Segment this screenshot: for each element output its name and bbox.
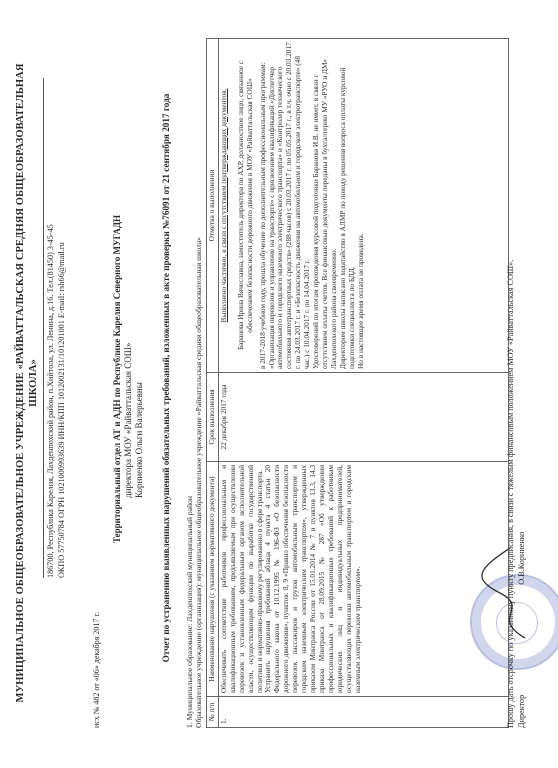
violation-text-1: Обеспечивать соответствие работников про…	[220, 465, 265, 693]
col-violation: Наименование нарушения (с указанием норм…	[207, 462, 219, 697]
institution: Образовательное учреждение (организация)…	[194, 237, 203, 728]
recipient-block: Территориальный отдел АТ и АДН по Респуб…	[112, 63, 145, 543]
org-name: МУНИЦИПАЛЬНОЕ ОБЩЕОБРАЗОВАТЕЛЬНОЕ УЧРЕЖД…	[14, 38, 40, 728]
status-payment: Но в настоящее время оплата не проведена…	[357, 42, 366, 369]
violation-text-2: Устранить нарушения требований абзаца 4 …	[264, 465, 362, 693]
director-name: О.В.Корниенко	[517, 532, 528, 585]
status-petition: Директором школы написано ходатайство в …	[339, 42, 357, 369]
col-deadline: Срок выполнения	[207, 373, 219, 462]
org-name-line2: ШКОЛА»	[27, 38, 40, 728]
deadline-cell: 22 декабря 2017 года	[218, 373, 508, 462]
outgoing-number: исх № 482 от «06» декабря 2017 г.	[92, 612, 101, 728]
status-headline: Выполнено частично, в связи с отсутствие…	[220, 42, 229, 369]
status-certificates: Удостоверений по итогам прохождения курс…	[312, 42, 339, 369]
sender-name: Корниенко Ольги Валерьевны	[134, 63, 145, 543]
signature	[470, 538, 540, 648]
org-address: 186700, Республика Карелия, Лахденпохски…	[46, 38, 57, 578]
letterhead-divider	[43, 78, 44, 578]
status-training: в 2017-2018 учебном году, прошла обучени…	[259, 42, 312, 369]
col-status: Отметка о выполнении	[207, 39, 219, 373]
row-number: 1.	[218, 697, 508, 728]
report-title: Отчет по устранению выявленных нарушений…	[161, 28, 171, 728]
document-page: МУНИЦИПАЛЬНОЕ ОБЩЕОБРАЗОВАТЕЛЬНОЕ УЧРЕЖД…	[0, 0, 558, 768]
table-header-row: № п/п Наименование нарушения (с указание…	[207, 39, 219, 728]
violations-table: № п/п Наименование нарушения (с указание…	[206, 38, 509, 728]
sender-position: директора МОУ «Райваттальская СОШ»	[123, 63, 134, 543]
letterhead: МУНИЦИПАЛЬНОЕ ОБЩЕОБРАЗОВАТЕЛЬНОЕ УЧРЕЖД…	[14, 38, 67, 728]
status-cell: Выполнено частично, в связи с отсутствие…	[218, 39, 508, 373]
violation-cell: Обеспечивать соответствие работников про…	[218, 462, 508, 697]
status-person: Баранова Ирина Вячеславна, заместитель д…	[237, 42, 255, 369]
table-row: 1. Обеспечивать соответствие работников …	[218, 39, 508, 728]
director-label: Директор	[517, 695, 528, 728]
recipient-line: Территориальный отдел АТ и АДН по Респуб…	[112, 63, 123, 543]
org-codes: ОКПО 57750784 ОГРН 1021000993639 ИНН/КПП…	[57, 38, 68, 578]
col-number: № п/п	[207, 697, 219, 728]
org-name-line1: МУНИЦИПАЛЬНОЕ ОБЩЕОБРАЗОВАТЕЛЬНОЕ УЧРЕЖД…	[14, 38, 27, 728]
municipality-block: 1. Муниципальное образование: Лахденпохс…	[185, 237, 204, 728]
footer: Прошу дать отсрочку по указанному пункту…	[506, 260, 527, 728]
municipality: 1. Муниципальное образование: Лахденпохс…	[185, 237, 194, 728]
deferral-request: Прошу дать отсрочку по указанному пункту…	[506, 260, 517, 728]
